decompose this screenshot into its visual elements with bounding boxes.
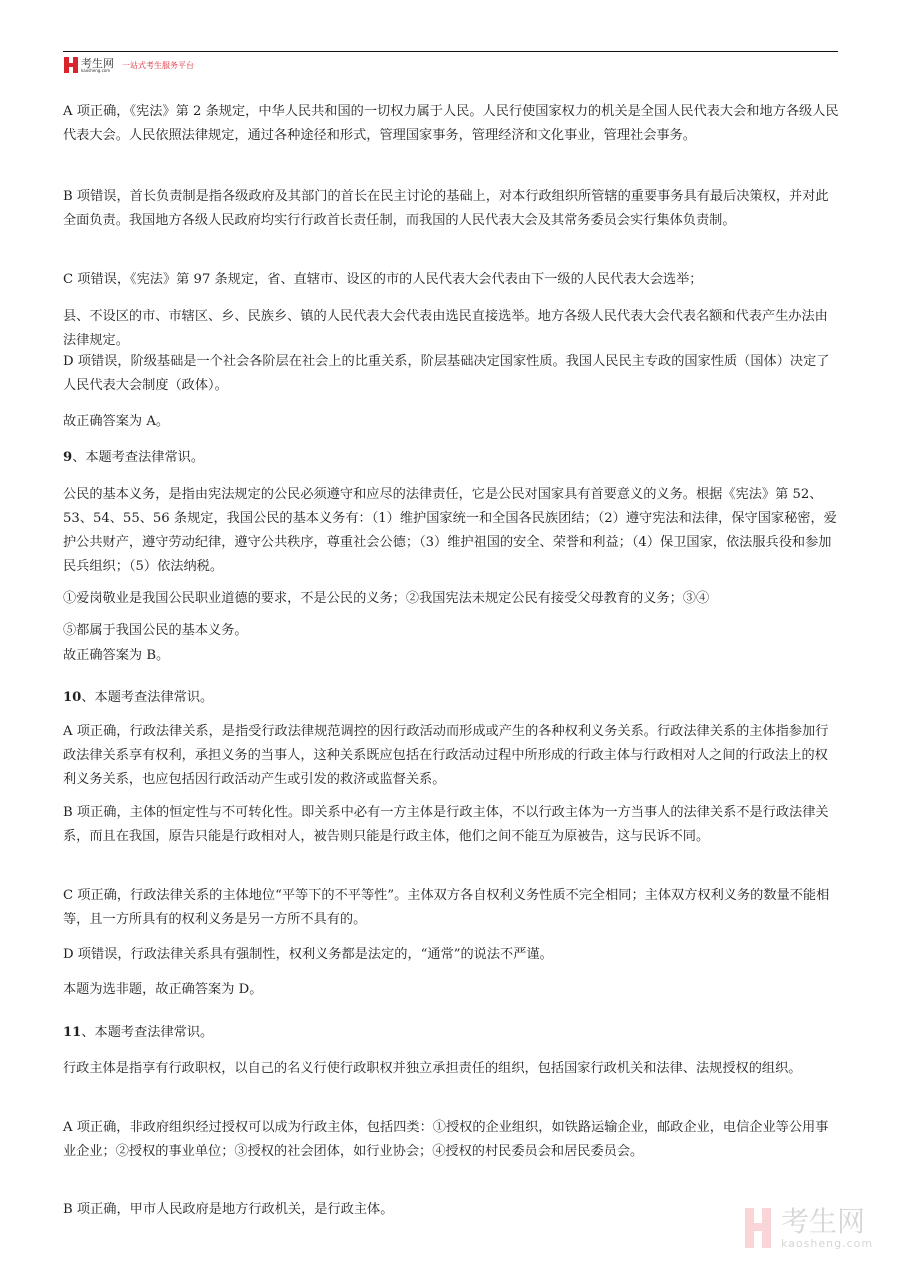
paragraph: A 项正确，行政法律关系，是指受行政法律规范调控的因行政活动而形成或产生的各种权…: [63, 720, 839, 792]
site-logo: 考生网 kaosheng.com 一站式考生服务平台: [64, 57, 194, 73]
logo-name: 考生网: [81, 58, 114, 69]
paragraph: 本题为选非题，故正确答案为 D。: [63, 978, 839, 1002]
question-topic: 、本题考查法律常识。: [81, 690, 213, 705]
question-heading: 11、本题考查法律常识。: [63, 1021, 839, 1045]
question-topic: 、本题考查法律常识。: [72, 450, 204, 465]
paragraph: D 项错误，行政法律关系具有强制性，权利义务都是法定的，“通常”的说法不严谨。: [63, 943, 839, 967]
paragraph: D 项错误，阶级基础是一个社会各阶层在社会上的比重关系，阶层基础决定国家性质。我…: [63, 350, 839, 398]
watermark-name: 考生网: [781, 1208, 873, 1236]
kaosheng-logo-icon: [64, 57, 78, 73]
question-topic: 、本题考查法律常识。: [81, 1025, 213, 1040]
question-number: 9: [63, 450, 72, 465]
paragraph: A 项正确，《宪法》第 2 条规定，中华人民共和国的一切权力属于人民。人民行使国…: [63, 100, 839, 148]
paragraph: ①爱岗敬业是我国公民职业道德的要求，不是公民的义务；②我国宪法未规定公民有接受父…: [63, 587, 839, 611]
paragraph: C 项正确，行政法律关系的主体地位“平等下的不平等性”。主体双方各自权利义务性质…: [63, 884, 839, 932]
paragraph: C 项错误，《宪法》第 97 条规定，省、直辖市、设区的市的人民代表大会代表由下…: [63, 268, 839, 292]
paragraph: 故正确答案为 B。: [63, 644, 839, 668]
paragraph: B 项错误，首长负责制是指各级政府及其部门的首长在民主讨论的基础上，对本行政组织…: [63, 185, 839, 233]
paragraph: 县、不设区的市、市辖区、乡、民族乡、镇的人民代表大会代表由选民直接选举。地方各级…: [63, 305, 839, 353]
slogan: 一站式考生服务平台: [122, 60, 194, 71]
paragraph: B 项正确，主体的恒定性与不可转化性。即关系中必有一方主体是行政主体，不以行政主…: [63, 801, 839, 849]
question-heading: 9、本题考查法律常识。: [63, 446, 839, 470]
paragraph: 故正确答案为 A。: [63, 410, 839, 434]
question-heading: 10、本题考查法律常识。: [63, 686, 839, 710]
paragraph: 公民的基本义务，是指由宪法规定的公民必须遵守和应尽的法律责任，它是公民对国家具有…: [63, 483, 839, 579]
header-rule: [63, 51, 838, 52]
logo-domain: kaosheng.com: [81, 69, 114, 73]
paragraph: 行政主体是指享有行政职权，以自己的名义行使行政职权并独立承担责任的组织，包括国家…: [63, 1057, 839, 1081]
paragraph: B 项正确，甲市人民政府是地方行政机关，是行政主体。: [63, 1198, 839, 1222]
watermark: 考生网 kaosheng.com: [745, 1208, 873, 1249]
watermark-domain: kaosheng.com: [781, 1238, 873, 1249]
paragraph: ⑤都属于我国公民的基本义务。: [63, 619, 839, 643]
watermark-logo-icon: [745, 1208, 771, 1248]
question-number: 11: [63, 1025, 81, 1040]
question-number: 10: [63, 690, 81, 705]
paragraph: A 项正确，非政府组织经过授权可以成为行政主体，包括四类：①授权的企业组织，如铁…: [63, 1116, 839, 1164]
